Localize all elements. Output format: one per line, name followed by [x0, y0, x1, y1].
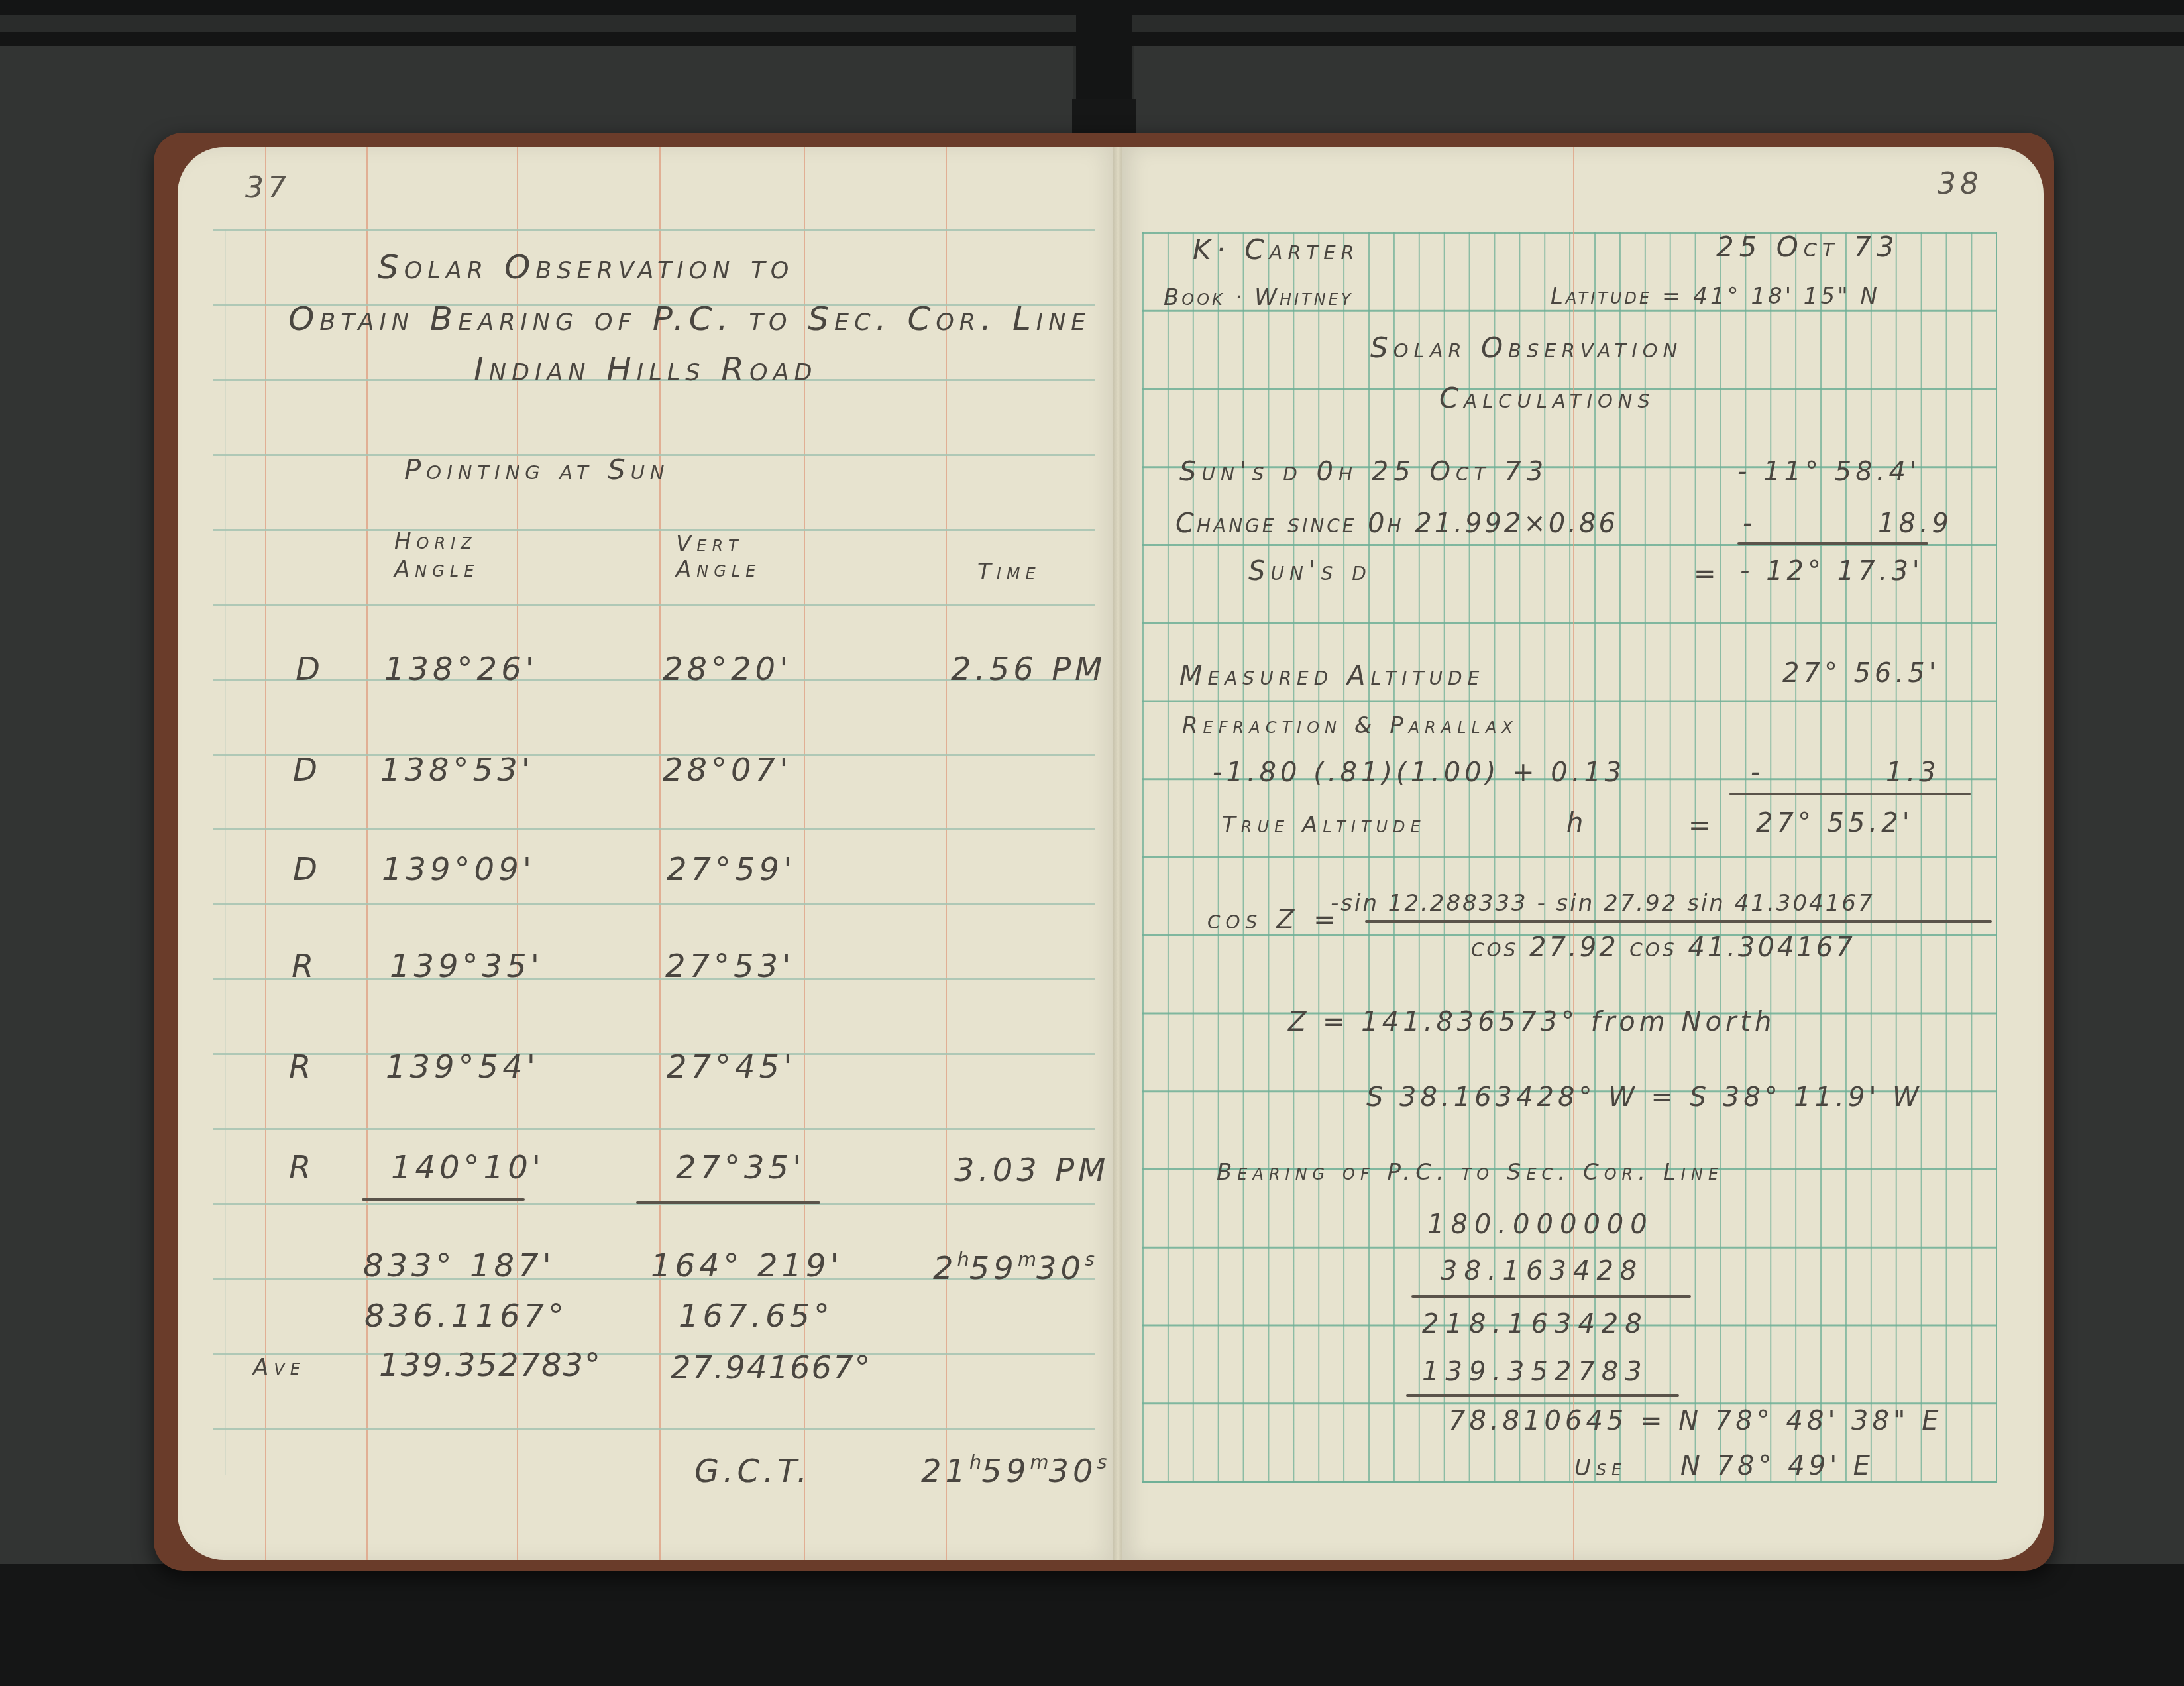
vert-angle: 27°35' — [676, 1152, 805, 1184]
refraction-value: 1.3 — [1886, 759, 1940, 786]
header-horiz-angle: Angle — [394, 558, 479, 581]
title-line-2: Obtain Bearing of P.C. to Sec. Cor. Line — [288, 302, 1091, 335]
horiz-angle: 139°35' — [390, 950, 543, 982]
horiz-angle: 140°10' — [391, 1152, 545, 1184]
right-title-1: Solar Observation — [1370, 334, 1682, 362]
ruled-line — [213, 978, 1095, 980]
instrument-operator: K· Carter — [1193, 236, 1360, 264]
bearing-conversion: S 38.163428° W = S 38° 11.9' W — [1366, 1084, 1923, 1111]
vert-angle: 27°45' — [667, 1051, 796, 1083]
final-bearing: N 78° 49' E — [1680, 1453, 1874, 1479]
subtotal-underline — [1729, 793, 1971, 795]
ruled-line — [213, 828, 1095, 830]
vert-angle: 27°59' — [667, 854, 796, 885]
notebook-gutter — [1113, 147, 1122, 1560]
header-time: Time — [977, 561, 1041, 583]
book-keeper: Book · Whitney — [1164, 286, 1353, 309]
horiz-angle: 138°53' — [380, 754, 534, 786]
right-title-2: Calculations — [1439, 384, 1655, 412]
margin-rule — [946, 147, 947, 1560]
z-result: Z = 141.836573° from North — [1288, 1009, 1775, 1035]
vert-decimal: 167.65° — [679, 1300, 834, 1332]
average-horiz: 139.352783° — [379, 1349, 602, 1381]
refraction-formula: -1.80 (.81)(1.00) + 0.13 — [1213, 759, 1625, 786]
vert-angle: 27°53' — [665, 950, 794, 982]
use-label: Use — [1574, 1457, 1627, 1479]
fine-rule — [225, 229, 226, 1475]
average-label: Ave — [253, 1356, 305, 1378]
ruled-line — [213, 1128, 1095, 1130]
ruled-line — [213, 529, 1095, 531]
true-altitude-value: 27° 55.2' — [1756, 810, 1914, 836]
title-line-3: Indian Hills Road — [474, 353, 817, 386]
ruled-line — [213, 604, 1095, 606]
difference-underline — [1406, 1394, 1679, 1397]
vert-angle: 28°07' — [663, 754, 792, 786]
horiz-sum: 833° 187' — [363, 1250, 555, 1282]
refraction-label: Refraction & Parallax — [1182, 714, 1518, 737]
vert-angle: 28°20' — [663, 653, 792, 685]
face-label: D — [293, 754, 321, 786]
subtotal-underline — [1737, 542, 1928, 545]
change-label: Change since 0h 21.992×0.86 — [1175, 510, 1618, 537]
header-vert: Vert — [676, 533, 743, 555]
margin-rule — [366, 147, 368, 1560]
margin-rule — [265, 147, 266, 1560]
refraction-sign: - — [1751, 759, 1764, 786]
ruled-line — [213, 1053, 1095, 1055]
page-number: 38 — [1938, 170, 1983, 199]
ruled-line — [213, 1353, 1095, 1355]
gct-label: G.C.T. — [694, 1455, 811, 1487]
bearing-result: 78.810645 = N 78° 48' 38" E — [1448, 1408, 1942, 1434]
vert-sum: 164° 219' — [651, 1250, 843, 1282]
cos-z-label: cos Z = — [1207, 907, 1341, 933]
header-horiz: Horiz — [394, 530, 477, 553]
sum-underline — [636, 1201, 820, 1204]
declination-value: - 11° 58.4' — [1737, 459, 1921, 485]
declination-label: Sun's d 0h 25 Oct 73 — [1179, 459, 1549, 485]
face-label: R — [292, 950, 317, 982]
page-number: 37 — [245, 174, 290, 203]
sun-declination-eq: = — [1694, 561, 1720, 587]
horiz-angle: 138°26' — [384, 653, 538, 685]
ruled-line — [213, 1428, 1095, 1430]
face-label: R — [289, 1051, 315, 1083]
horiz-angle: 139°09' — [382, 854, 535, 885]
face-label: D — [296, 653, 324, 685]
horiz-decimal: 836.1167° — [364, 1300, 568, 1332]
bearing-line-3: 218.163428 — [1422, 1311, 1649, 1337]
obs-time: 3.03 PM — [954, 1154, 1110, 1186]
subtitle: Pointing at Sun — [404, 456, 670, 484]
bearing-line-4: 139.352783 — [1422, 1359, 1649, 1385]
sun-declination-value: - 12° 17.3' — [1740, 558, 1924, 585]
sum-underline — [362, 1198, 525, 1201]
measured-altitude-value: 27° 56.5' — [1782, 660, 1940, 687]
obs-time: 2.56 PM — [951, 653, 1107, 685]
ruled-line — [213, 229, 1095, 231]
latitude: Latitude = 41° 18' 15" N — [1551, 285, 1880, 308]
gct-time: 21h59m30s — [921, 1453, 1107, 1487]
bearing-line-1: 180.000000 — [1427, 1211, 1654, 1238]
fraction-bar — [1365, 920, 1992, 923]
date: 25 Oct 73 — [1716, 233, 1900, 261]
change-sign: - — [1743, 510, 1756, 537]
tray-bottom-shadow — [0, 1564, 2184, 1686]
title-line-1: Solar Observation to — [378, 251, 794, 284]
true-altitude-label: True Altitude — [1222, 814, 1426, 836]
cos-z-denominator: cos 27.92 cos 41.304167 — [1471, 934, 1855, 961]
true-altitude-eq: = — [1688, 813, 1715, 839]
ruled-line — [213, 754, 1095, 756]
header-vert-angle: Angle — [676, 558, 761, 581]
horiz-angle: 139°54' — [386, 1051, 539, 1083]
face-label: R — [289, 1152, 315, 1184]
face-label: D — [293, 854, 321, 885]
average-vert: 27.941667° — [671, 1352, 872, 1384]
cos-z-numerator: -sin 12.288333 - sin 27.92 sin 41.304167 — [1331, 892, 1875, 915]
bearing-title: Bearing of P.C. to Sec. Cor. Line — [1217, 1161, 1723, 1184]
measured-altitude-label: Measured Altitude — [1179, 663, 1484, 689]
bearing-line-2: 38.163428 — [1441, 1258, 1643, 1284]
true-altitude-symbol: h — [1566, 810, 1587, 836]
sum-underline — [1411, 1295, 1691, 1298]
change-value: 18.9 — [1878, 510, 1953, 537]
time-sum: 2h59m30s — [933, 1250, 1095, 1284]
ruled-line — [213, 903, 1095, 905]
sun-declination-label: Sun's d — [1248, 558, 1372, 585]
